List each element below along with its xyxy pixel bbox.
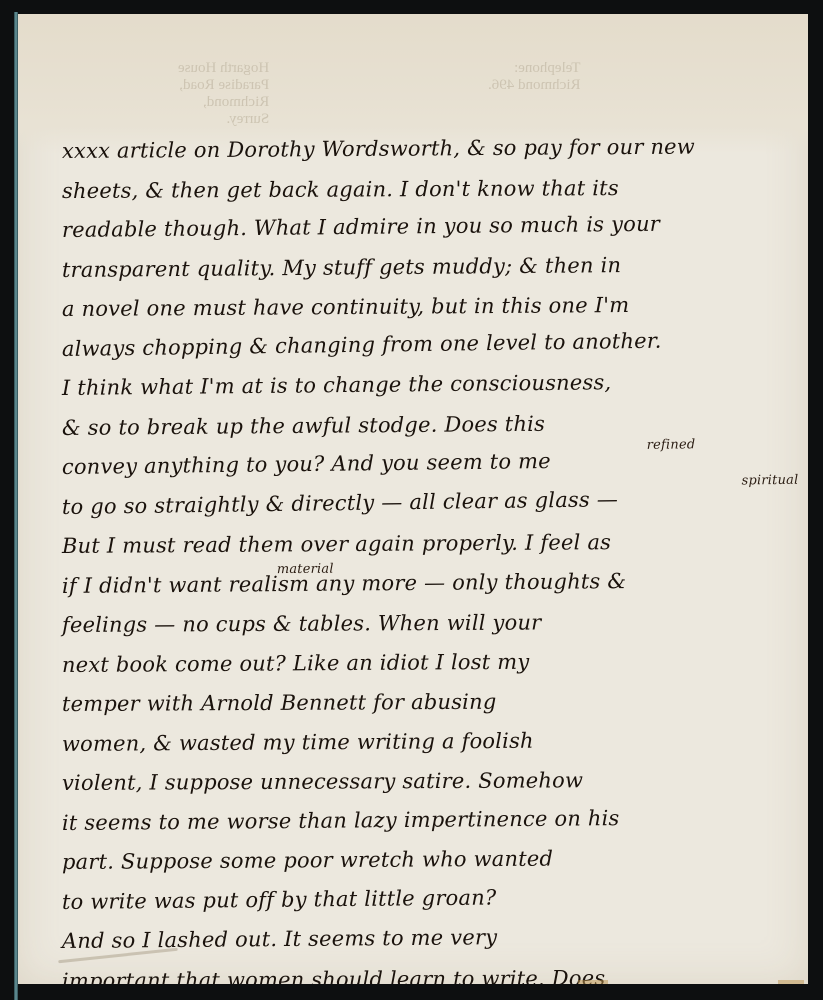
- letter-page: Hogarth House Paradise Road, Richmond, S…: [18, 14, 808, 984]
- handwritten-body: xxxx article on Dorothy Wordsworth, & so…: [62, 139, 802, 984]
- letterhead-telephone-mirrored: Telephone: Richmond 496.: [488, 60, 581, 94]
- handwritten-line: violent, I suppose unnecessary satire. S…: [62, 767, 802, 810]
- inserted-word-spiritual: spiritual: [741, 472, 798, 488]
- handwritten-line: But I must read them over again properly…: [62, 529, 802, 574]
- letterhead-line: Surrey.: [178, 111, 269, 128]
- letterhead-line: Telephone:: [488, 60, 581, 77]
- handwritten-line: transparent quality. My stuff gets muddy…: [62, 251, 802, 297]
- paper-stain: [578, 980, 608, 984]
- paper-stain: [778, 980, 804, 984]
- scanned-document: Hogarth House Paradise Road, Richmond, S…: [0, 0, 823, 1000]
- handwritten-line: And so I lashed out. It seems to me very: [62, 923, 802, 969]
- paper-top-band: [18, 14, 808, 154]
- handwritten-line: xxxx article on Dorothy Wordsworth, & so…: [62, 134, 802, 179]
- letterhead-address-mirrored: Hogarth House Paradise Road, Richmond, S…: [178, 60, 269, 128]
- handwritten-line: next book come out? Like an idiot I lost…: [62, 647, 802, 692]
- handwritten-line: temper with Arnold Bennett for abusing: [62, 688, 802, 731]
- letterhead-line: Richmond,: [178, 94, 269, 111]
- inserted-word-material: material: [277, 561, 334, 576]
- handwritten-line: it seems to me worse than lazy impertine…: [62, 804, 802, 850]
- handwritten-line: important that women should learn to wri…: [62, 965, 802, 984]
- handwritten-line: readable though. What I admire in you so…: [62, 210, 802, 257]
- handwritten-line: I think what I'm at is to change the con…: [62, 368, 802, 415]
- letterhead-line: Richmond 496.: [488, 77, 581, 94]
- handwritten-line: women, & wasted my time writing a foolis…: [62, 726, 802, 771]
- inserted-word-refined: refined: [647, 437, 696, 453]
- handwritten-line: to write was put off by that little groa…: [62, 882, 802, 929]
- letterhead-line: Paradise Road,: [178, 77, 269, 94]
- handwritten-line: feelings — no cups & tables. When will y…: [62, 609, 802, 652]
- handwritten-line: if I didn't want realism any more — only…: [62, 567, 802, 613]
- letterhead-line: Hogarth House: [178, 60, 269, 77]
